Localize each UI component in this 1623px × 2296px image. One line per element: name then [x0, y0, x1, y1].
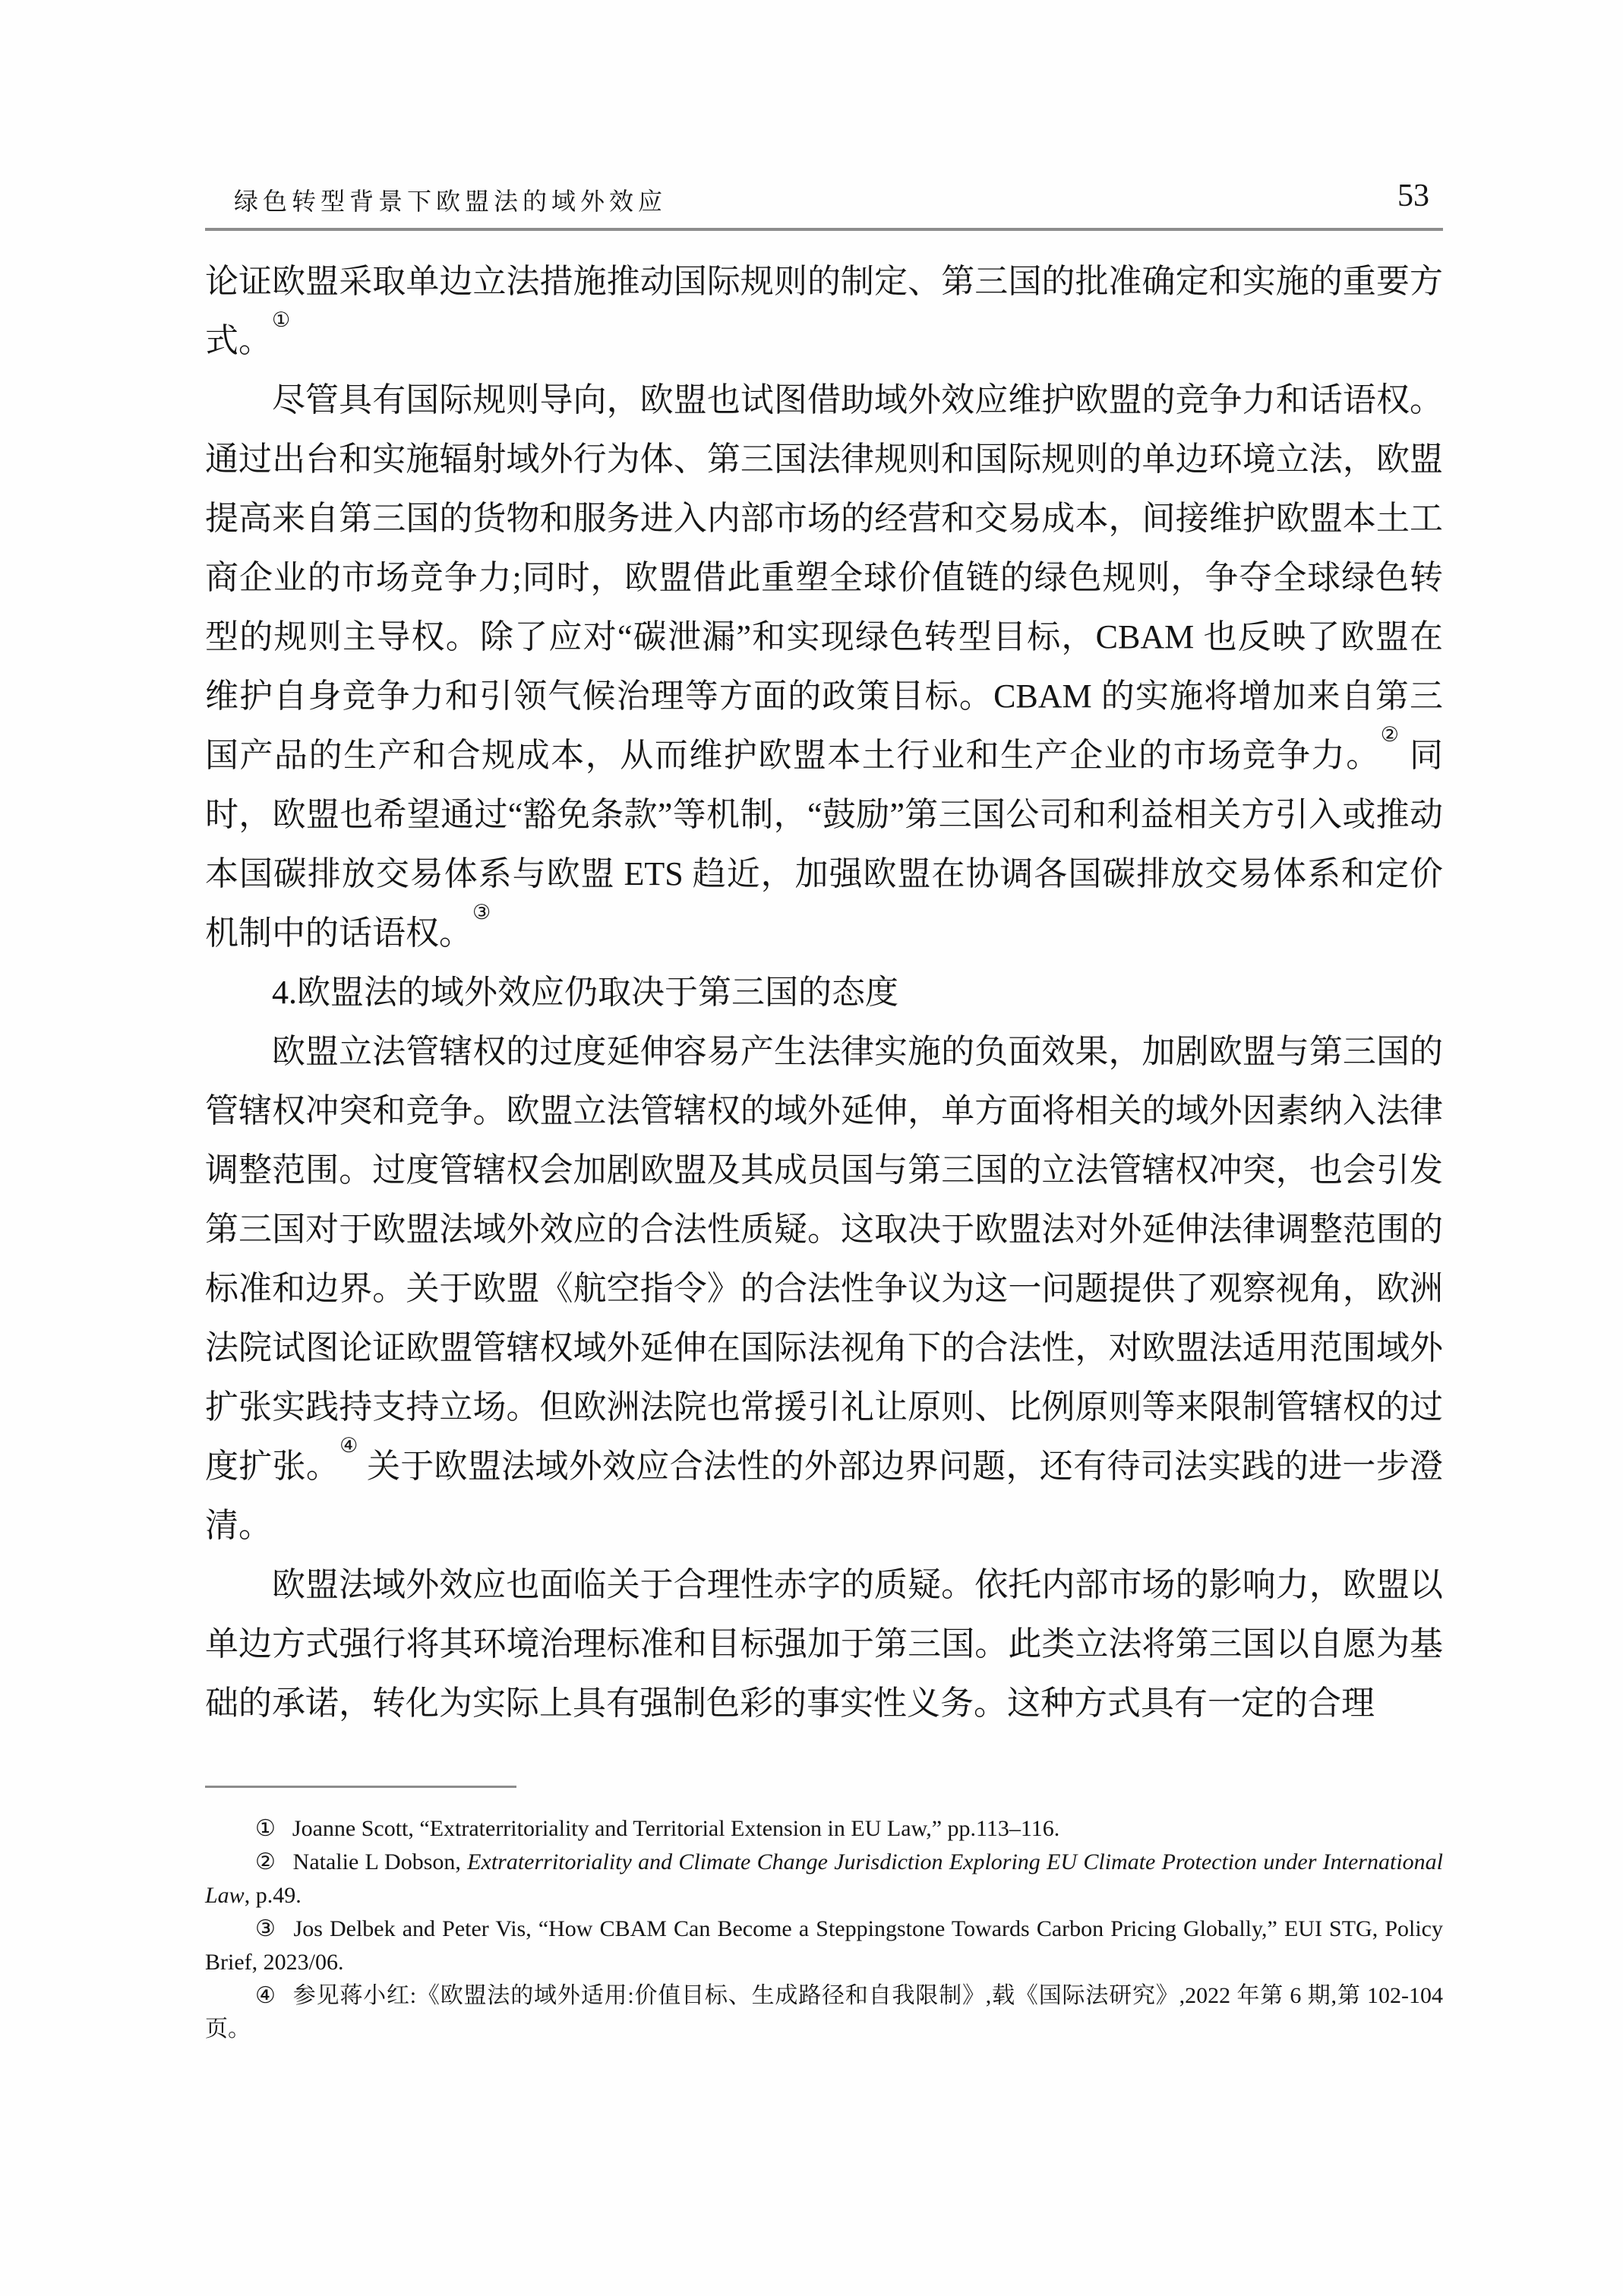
- text-run: , p.49.: [245, 1883, 302, 1908]
- footnote-marker: ④: [255, 1983, 293, 2008]
- text-run: Joanne Scott, “Extraterritoriality and T…: [292, 1816, 1059, 1841]
- text-run: 欧盟法域外效应也面临关于合理性赤字的质疑。依托内部市场的影响力，欧盟以单边方式强…: [205, 1566, 1443, 1722]
- footnote-marker: ①: [255, 1816, 292, 1841]
- text-run: 关于欧盟法域外效应合法性的外部边界问题，还有待司法实践的进一步澄清。: [205, 1448, 1443, 1544]
- text-run: 欧盟立法管辖权的过度延伸容易产生法律实施的负面效果，加剧欧盟与第三国的管辖权冲突…: [205, 1033, 1443, 1485]
- text-run: 论证欧盟采取单边立法措施推动国际规则的制定、第三国的批准确定和实施的重要方式。: [205, 263, 1443, 359]
- text-run: 4.欧盟法的域外效应仍取决于第三国的态度: [272, 974, 898, 1011]
- text-run: Natalie L Dobson,: [293, 1849, 468, 1874]
- footnote-ref: ③: [472, 901, 491, 924]
- footnote-item: ①Joanne Scott, “Extraterritoriality and …: [205, 1812, 1443, 1846]
- body-paragraph: 欧盟立法管辖权的过度延伸容易产生法律实施的负面效果，加剧欧盟与第三国的管辖权冲突…: [205, 1022, 1443, 1555]
- text-run: 尽管具有国际规则导向，欧盟也试图借助域外效应维护欧盟的竞争力和话语权。通过出台和…: [205, 381, 1443, 774]
- footnote-ref: ④: [339, 1434, 358, 1457]
- footnote-item: ③Jos Delbek and Peter Vis, “How CBAM Can…: [205, 1912, 1443, 1979]
- text-run: Jos Delbek and Peter Vis, “How CBAM Can …: [205, 1916, 1443, 1975]
- footnote-ref: ②: [1381, 723, 1400, 746]
- footnote-separator: [205, 1786, 516, 1788]
- running-title: 绿色转型背景下欧盟法的域外效应: [234, 182, 667, 217]
- page-number: 53: [1397, 178, 1429, 214]
- text-run: 参见蒋小红:《欧盟法的域外适用:价值目标、生成路径和自我限制》,载《国际法研究》…: [205, 1983, 1443, 2042]
- footnote-ref: ①: [272, 308, 290, 331]
- body-text: 论证欧盟采取单边立法措施推动国际规则的制定、第三国的批准确定和实施的重要方式。①…: [205, 252, 1443, 1733]
- body-paragraph: 尽管具有国际规则导向，欧盟也试图借助域外效应维护欧盟的竞争力和话语权。通过出台和…: [205, 371, 1443, 963]
- footnote-marker: ③: [255, 1916, 294, 1941]
- body-paragraph: 4.欧盟法的域外效应仍取决于第三国的态度: [205, 963, 1443, 1022]
- footnote-marker: ②: [255, 1849, 293, 1874]
- body-paragraph: 欧盟法域外效应也面临关于合理性赤字的质疑。依托内部市场的影响力，欧盟以单边方式强…: [205, 1555, 1443, 1733]
- footnote-item: ④参见蒋小红:《欧盟法的域外适用:价值目标、生成路径和自我限制》,载《国际法研究…: [205, 1979, 1443, 2046]
- footnote-list: ①Joanne Scott, “Extraterritoriality and …: [205, 1812, 1443, 2046]
- document-page: 绿色转型背景下欧盟法的域外效应 53 论证欧盟采取单边立法措施推动国际规则的制定…: [0, 0, 1623, 2296]
- header-rule: [205, 228, 1443, 231]
- body-paragraph: 论证欧盟采取单边立法措施推动国际规则的制定、第三国的批准确定和实施的重要方式。①: [205, 252, 1443, 371]
- footnote-item: ②Natalie L Dobson, Extraterritoriality a…: [205, 1846, 1443, 1912]
